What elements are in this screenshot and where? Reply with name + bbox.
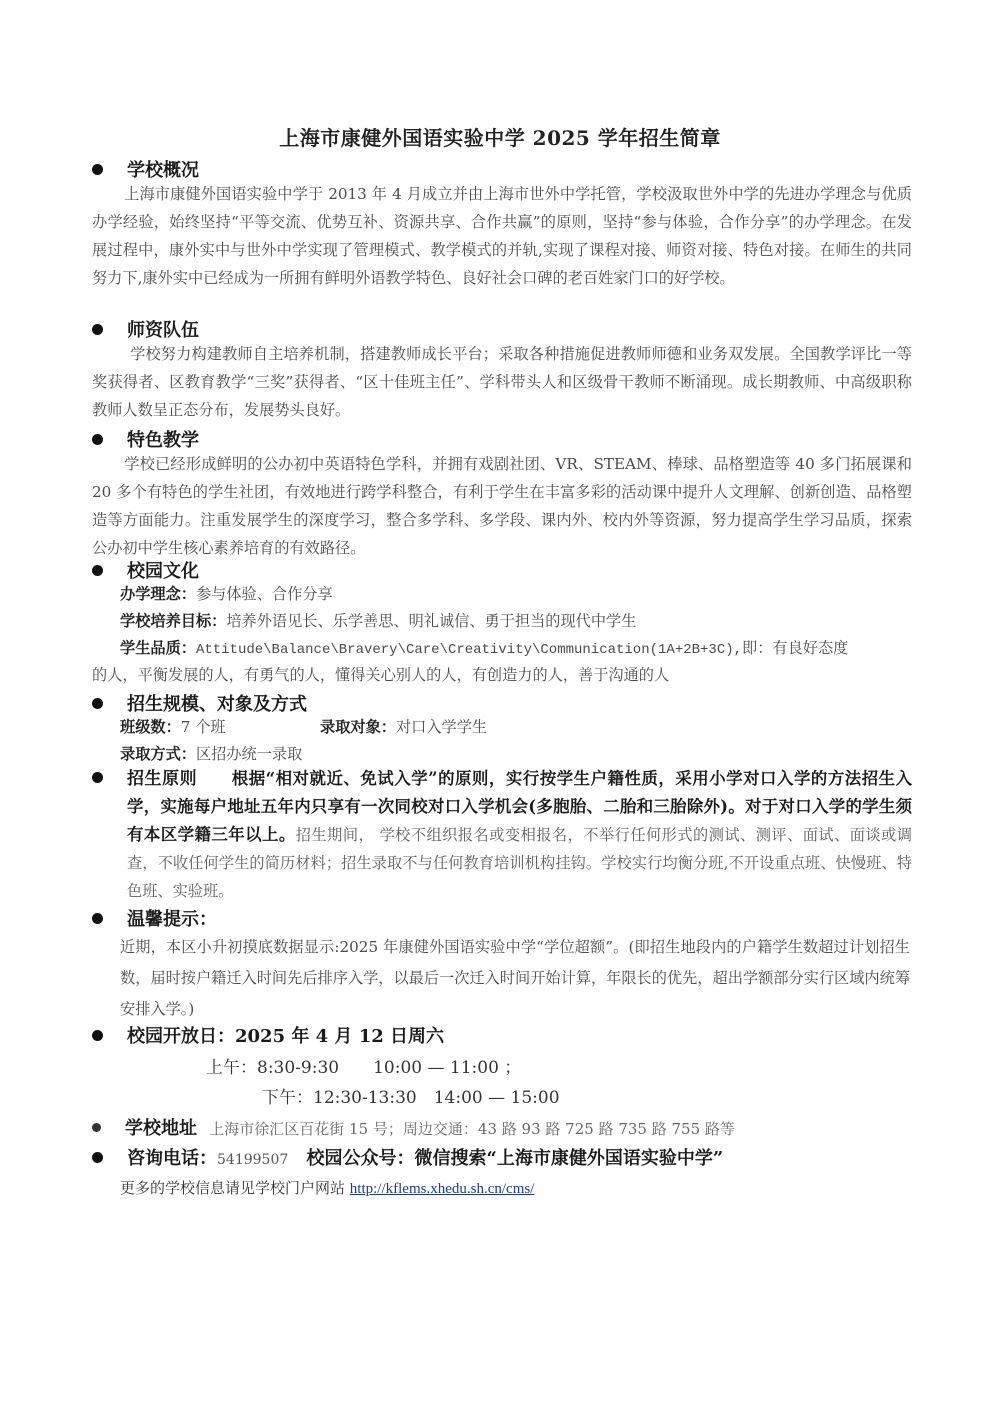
teaching-paragraph: 学校已经形成鲜明的公办初中英语特色学科，并拥有戏剧社团、VR、STEAM、棒球、… — [92, 450, 912, 562]
section-heading-principle — [92, 768, 127, 789]
section-heading-faculty: 师资队伍 — [92, 316, 199, 342]
bullet-icon — [92, 434, 103, 445]
bullet-icon — [92, 324, 103, 335]
school-website-link[interactable]: http://kflems.xhedu.sh.cn/cms/ — [350, 1181, 535, 1197]
bullet-icon — [92, 772, 103, 783]
overview-paragraph: 上海市康健外国语实验中学于 2013 年 4 月成立并由上海市世外中学托管，学校… — [92, 180, 912, 292]
bullet-icon — [92, 913, 103, 924]
bullet-icon — [92, 565, 103, 576]
more-info-line: 更多的学校信息请见学校门户网站 http://kflems.xhedu.sh.c… — [120, 1177, 534, 1198]
enrollment-target: 录取对象：对口入学学生 — [320, 716, 487, 737]
bullet-icon — [92, 1030, 103, 1041]
notice-paragraph: 近期，本区小升初摸底数据显示:2025 年康健外国语实验中学“学位超额”。(即招… — [120, 932, 910, 1025]
open-day-afternoon: 下午：12:30-13:30 14:00 — 15:00 — [262, 1083, 560, 1108]
open-day-morning: 上午：8:30-9:30 10:00 — 11:00 ； — [206, 1053, 521, 1078]
culture-quality-continued: 的人，平衡发展的人，有勇气的人，懂得关心别人的人，有创造力的人，善于沟通的人 — [92, 664, 669, 685]
section-heading-notice: 温馨提示： — [92, 905, 217, 931]
section-heading-teaching: 特色教学 — [92, 426, 199, 452]
section-heading-overview: 学校概况 — [92, 156, 199, 182]
culture-goal: 学校培养目标：培养外语见长、乐学善思、明礼诚信、勇于担当的现代中学生 — [120, 610, 636, 631]
principle-paragraph: 招生原则根据“相对就近、免试入学”的原则，实行按学生户籍性质，采用小学对口入学的… — [127, 765, 912, 905]
section-heading-culture: 校园文化 — [92, 557, 199, 583]
bullet-icon — [92, 1152, 103, 1163]
section-address: 学校地址 上海市徐汇区百花街 15 号；周边交通：43 路 93 路 725 路… — [92, 1114, 735, 1140]
enrollment-classes: 班级数：7 个班 — [120, 716, 226, 737]
section-heading-enrollment: 招生规模、对象及方式 — [92, 690, 307, 716]
culture-philosophy: 办学理念：参与体验、合作分享 — [120, 583, 333, 604]
bullet-icon — [92, 164, 103, 175]
document-page: 上海市康健外国语实验中学 2025 学年招生简章 学校概况 上海市康健外国语实验… — [0, 0, 1000, 1414]
bullet-icon — [92, 698, 103, 709]
section-contact: 咨询电话：54199507 校园公众号：微信搜索“上海市康健外国语实验中学” — [92, 1144, 723, 1170]
faculty-paragraph: 学校努力构建教师自主培养机制，搭建教师成长平台；采取各种措施促进教师师德和业务双… — [92, 340, 912, 424]
culture-quality: 学生品质：Attitude\Balance\Bravery\Care\Creat… — [120, 637, 848, 658]
document-title: 上海市康健外国语实验中学 2025 学年招生简章 — [0, 122, 1000, 151]
enrollment-method: 录取方式：区招办统一录取 — [120, 743, 302, 764]
section-heading-open-day: 校园开放日：2025 年 4 月 12 日周六 — [92, 1022, 444, 1048]
bullet-icon — [92, 1123, 101, 1132]
